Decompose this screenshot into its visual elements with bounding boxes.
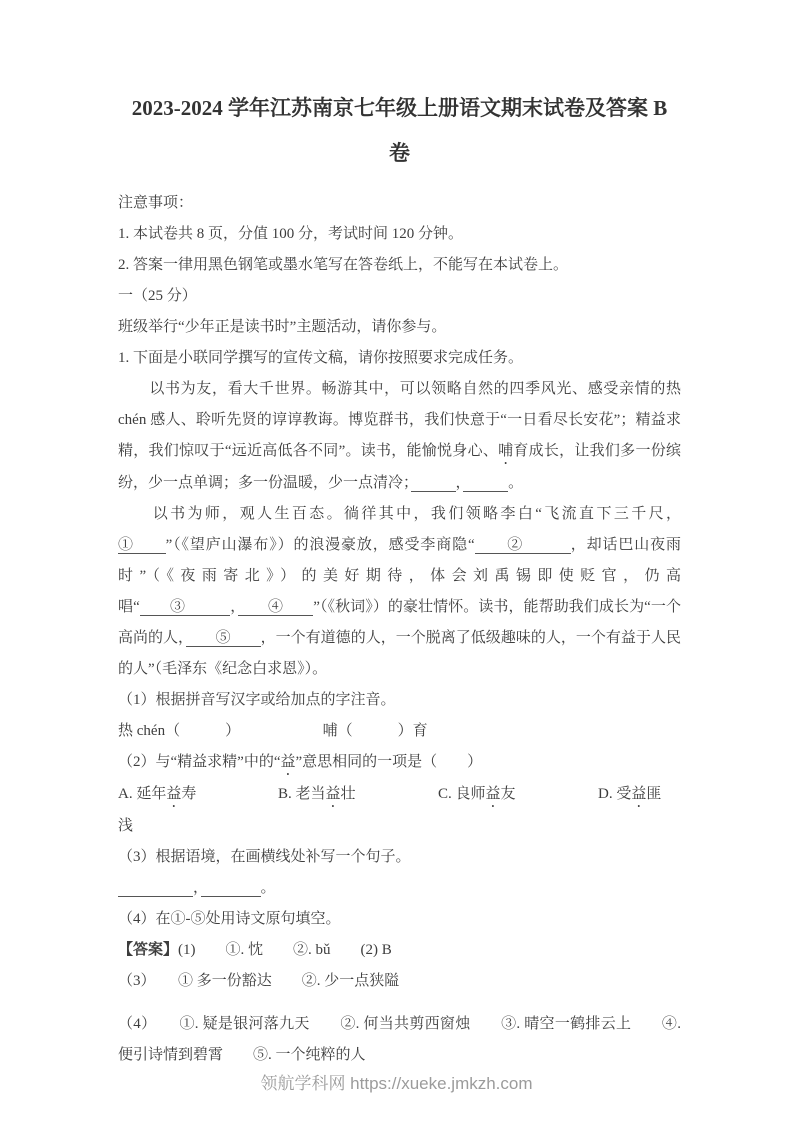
blank-underline: ④ bbox=[238, 599, 313, 616]
question1-4-stem: （4）在①-⑤处用诗文原句填空。 bbox=[118, 904, 681, 935]
notes-heading: 注意事项： bbox=[118, 188, 681, 219]
option-d: D. 受益匪 bbox=[598, 779, 661, 811]
question1-paragraph2: 以书为师，观人生百态。徜徉其中，我们领略李白“飞流直下三千尺，① ”（《望庐山瀑… bbox=[118, 499, 681, 685]
blank-underline: ② bbox=[475, 537, 571, 554]
question1-paragraph1: 以书为友，看大千世界。畅游其中，可以领略自然的四季风光、感受亲情的热 chén … bbox=[118, 374, 681, 499]
note-item-2: 2. 答案一律用黑色钢笔或墨水笔写在答卷纸上，不能写在本试卷上。 bbox=[118, 250, 681, 281]
text-segment: ， bbox=[230, 599, 238, 615]
question1-stem: 1. 下面是小联同学撰写的宣传文稿，请你按照要求完成任务。 bbox=[118, 343, 681, 374]
exam-document-page: 2023-2024 学年江苏南京七年级上册语文期末试卷及答案 B 卷 注意事项：… bbox=[0, 0, 793, 1122]
note-item-1: 1. 本试卷共 8 页，分值 100 分，考试时间 120 分钟。 bbox=[118, 219, 681, 250]
question1-1-pinyin-line: 热 chén（ ） 哺（ ）育 bbox=[118, 716, 681, 747]
text-segment: 哺 bbox=[498, 443, 513, 459]
document-content: 2023-2024 学年江苏南京七年级上册语文期末试卷及答案 B 卷 注意事项：… bbox=[0, 0, 793, 1071]
option-a-emphasized-char: 益 bbox=[166, 786, 181, 802]
option-c-emphasized-char: 益 bbox=[486, 786, 501, 802]
blank-underline bbox=[118, 880, 193, 897]
text-segment: （2）与“精益求精”中的“ bbox=[118, 754, 280, 770]
option-b-post: 壮 bbox=[341, 786, 356, 802]
question1-3-stem: （3）根据语境，在画横线处补写一个句子。 bbox=[118, 842, 681, 873]
page-title-line1: 2023-2024 学年江苏南京七年级上册语文期末试卷及答案 B bbox=[132, 96, 668, 120]
footer: 领航学科网 https://xueke.jmkzh.com bbox=[0, 1069, 793, 1094]
option-c-post: 友 bbox=[501, 786, 516, 802]
text-segment: (1) ①. 忱 ②. bǔ (2) B bbox=[178, 942, 392, 958]
text-segment: 。 bbox=[261, 880, 276, 896]
option-a-post: 寿 bbox=[181, 786, 196, 802]
option-d-emphasized-char: 益 bbox=[631, 786, 646, 802]
question1-2-stem: （2）与“精益求精”中的“益”意思相同的一项是（ ） bbox=[118, 747, 681, 779]
option-a-pre: 延年 bbox=[136, 786, 166, 802]
text-segment: ， bbox=[193, 880, 201, 896]
option-b: B. 老当益壮 bbox=[278, 779, 438, 811]
page-title-line2: 卷 bbox=[389, 141, 410, 165]
blank-underline: ⑤ bbox=[186, 630, 261, 647]
option-c-label: C. bbox=[438, 786, 456, 802]
page-title: 2023-2024 学年江苏南京七年级上册语文期末试卷及答案 B 卷 bbox=[118, 86, 681, 176]
option-c: C. 良师益友 bbox=[438, 779, 598, 811]
text-segment: 以书为师，观人生百态。徜徉其中，我们领略李白“飞流直下三千尺， bbox=[118, 506, 681, 522]
option-c-pre: 良师 bbox=[456, 786, 486, 802]
option-d-pre: 受 bbox=[616, 786, 631, 802]
option-d-post: 匪 bbox=[646, 786, 661, 802]
footer-link[interactable]: 领航学科网 https://xueke.jmkzh.com bbox=[260, 1074, 532, 1093]
option-a-label: A. bbox=[118, 786, 136, 802]
answer-line-1: 【答案】(1) ①. 忱 ②. bǔ (2) B bbox=[118, 935, 681, 966]
answer-line-3: （3） ① 多一份豁达 ②. 少一点狭隘 bbox=[118, 966, 681, 997]
option-a: A. 延年益寿 bbox=[118, 779, 278, 811]
blank-underline bbox=[463, 475, 508, 492]
text-segment: ”意思相同的一项是（ ） bbox=[296, 754, 483, 770]
option-d-wrapped-char: 浅 bbox=[118, 811, 681, 842]
text-segment: ， bbox=[456, 475, 464, 491]
option-d-label: D. bbox=[598, 786, 616, 802]
text-segment: 【答案】 bbox=[118, 942, 178, 958]
option-b-label: B. bbox=[278, 786, 296, 802]
question1-1-stem: （1）根据拼音写汉字或给加点的字注音。 bbox=[118, 685, 681, 716]
blank-underline bbox=[201, 880, 261, 897]
text-segment: 。 bbox=[508, 475, 523, 491]
text-segment: ”（《望庐山瀑布》）的浪漫豪放，感受李商隐“ bbox=[166, 537, 475, 553]
question1-2-options-row: A. 延年益寿 B. 老当益壮 C. 良师益友 D. 受益匪 bbox=[118, 779, 681, 811]
question1-3-blank-line: ， 。 bbox=[118, 873, 681, 904]
blank-underline: ① bbox=[118, 537, 166, 554]
option-b-emphasized-char: 益 bbox=[326, 786, 341, 802]
blank-underline: ③ bbox=[140, 599, 231, 616]
blank-underline bbox=[411, 475, 456, 492]
answer-line-4: （4） ①. 疑是银河落九天 ②. 何当共剪西窗烛 ③. 晴空一鹤排云上 ④. … bbox=[118, 1009, 681, 1071]
section1-intro: 班级举行“少年正是读书时”主题活动，请你参与。 bbox=[118, 312, 681, 343]
text-segment: 益 bbox=[280, 754, 295, 770]
option-b-pre: 老当 bbox=[296, 786, 326, 802]
section1-heading: 一（25 分） bbox=[118, 281, 681, 312]
